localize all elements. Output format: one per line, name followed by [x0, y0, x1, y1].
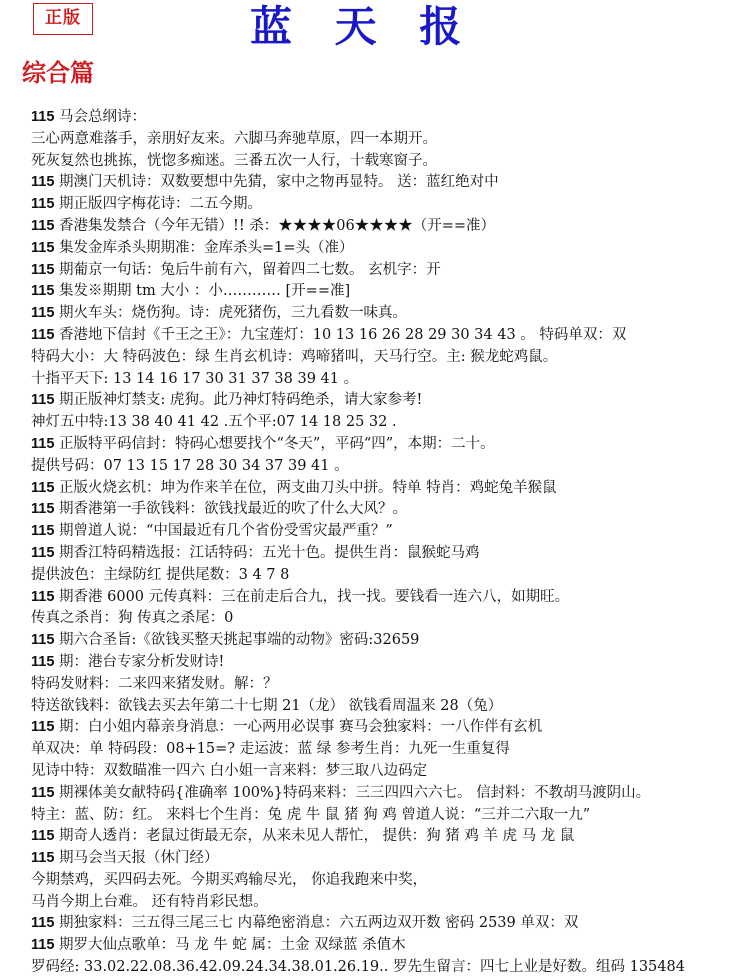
- page-title: 蓝 天 报: [250, 2, 475, 52]
- text-line: 115 期正版四字梅花诗：二五今期。: [31, 194, 736, 216]
- text-line: 115 正版特平码信封：特码心想要找个“冬天”，平码“四”，本期：二十。: [31, 434, 736, 456]
- text-line: 115 期火车头：烧伤狗。诗：虎死猪伤，三九看数一味真。: [31, 303, 736, 325]
- text-line: 特主：蓝、防：红。 来料七个生肖：兔 虎 牛 鼠 猪 狗 鸡 曾道人说：“三并二…: [31, 805, 736, 827]
- text-line: 罗码经: 33.02.22.08.36.42.09.24.34.38.01.26…: [31, 957, 736, 979]
- text-line: 115 期独家料：三五得三尾三七 内幕绝密消息：六五两边双开数 密码 2539 …: [31, 913, 736, 935]
- text-line: 115 期曾道人说：“中国最近有几个省份受雪灾最严重？”: [31, 521, 736, 543]
- text-line: 115 集发金库杀头期期准：金库杀头=1=头（准）: [31, 238, 736, 260]
- text-line: 115 香港集发禁合（今年无错）!! 杀：★★★★06★★★★（开==准）: [31, 216, 736, 238]
- text-line: 115 集发※期期 tm 大小 ：小………… [开==准]: [31, 281, 736, 303]
- text-line: 特码大小：大 特码波色：绿 生肖玄机诗：鸡啼猪叫，天马行空。主: 猴龙蛇鸡鼠。: [31, 347, 736, 369]
- text-line: 115 期葡京一句话：兔后牛前有六，留着四二七数。 玄机字：开: [31, 260, 736, 282]
- text-line: 115 期澳门天机诗：双数要想中先猜，家中之物再显特。 送：蓝红绝对中: [31, 172, 736, 194]
- text-line: 传真之杀肖：狗 传真之杀尾：0: [31, 608, 736, 630]
- text-line: 115 正版火烧玄机：坤为作来羊在位，两支曲刀头中拼。特单 特肖：鸡蛇兔羊猴鼠: [31, 478, 736, 500]
- text-line: 115 期香港第一手欲钱料：欲钱找最近的吹了什么大风？。: [31, 499, 736, 521]
- text-line: 115 期罗大仙点歌单：马 龙 牛 蛇 属：土金 双绿蓝 杀值木: [31, 935, 736, 957]
- text-line: 提供波色：主绿防红 提供尾数：3 4 7 8: [31, 565, 736, 587]
- text-line: 特送欲钱料：欲钱去买去年第二十七期 21（龙） 欲钱看周温来 28（兔）: [31, 696, 736, 718]
- text-line: 115 期裸体美女献特码{准确率 100%}特码来料：三三四四六六七。 信封料：…: [31, 783, 736, 805]
- text-line: 115 期香港 6000 元传真料：三在前走后合九，找一找。要钱看一连六八，如期…: [31, 587, 736, 609]
- text-line: 115 期：港台专家分析发财诗!: [31, 652, 736, 674]
- text-line: 单双决：单 特码段：08+15=? 走运波：蓝 绿 参考生肖：九死一生重复得: [31, 739, 736, 761]
- text-line: 115 期马会当天报（休门经）: [31, 848, 736, 870]
- text-line: 死灰复然也挑拣，恍惚多痴迷。三番五次一人行，十载寒窗子。: [31, 151, 736, 173]
- text-line: 十指平天下: 13 14 16 17 30 31 37 38 39 41 。: [31, 369, 736, 391]
- text-line: 今期禁鸡，买四码去死。今期买鸡输尽光， 你追我跑来中奖，: [31, 870, 736, 892]
- text-line: 115 期香江特码精选报：江话特码：五光十色。提供生肖：鼠猴蛇马鸡: [31, 543, 736, 565]
- text-line: 特码发财料：二来四来猪发财。解：？: [31, 674, 736, 696]
- article-body: 115 马会总纲诗： 三心两意难落手，亲朋好友来。六脚马奔驰草原，四一本期开。 …: [31, 107, 736, 979]
- section-heading: 综合篇: [22, 56, 94, 90]
- text-line: 115 期奇人透肖：老鼠过街最无奈，从来未见人帮忙， 提供：狗 猪 鸡 羊 虎 …: [31, 826, 736, 848]
- text-line: 115 期六合圣旨:《欲钱买整天挑起事端的动物》密码:32659: [31, 630, 736, 652]
- text-line: 马肖今期上台难。 还有特肖彩民想。: [31, 892, 736, 914]
- text-line: 三心两意难落手，亲朋好友来。六脚马奔驰草原，四一本期开。: [31, 129, 736, 151]
- text-line: 见诗中特：双数瞄准一四六 白小姐一言来料：梦三取八边码定: [31, 761, 736, 783]
- text-line: 115 香港地下信封《千王之王》：九宝莲灯：10 13 16 26 28 29 …: [31, 325, 736, 347]
- text-line: 115 期正版神灯禁支: 虎狗。此乃神灯特码绝杀，请大家参考!: [31, 390, 736, 412]
- text-line: 115 期：白小姐内幕亲身消息：一心两用必误事 赛马会独家料：一八作伴有玄机: [31, 717, 736, 739]
- text-line: 神灯五中特:13 38 40 41 42 .五个平:07 14 18 25 32…: [31, 412, 736, 434]
- text-line: 提供号码：07 13 15 17 28 30 34 37 39 41 。: [31, 456, 736, 478]
- official-version-badge: 正版: [33, 3, 93, 35]
- text-line: 115 马会总纲诗：: [31, 107, 736, 129]
